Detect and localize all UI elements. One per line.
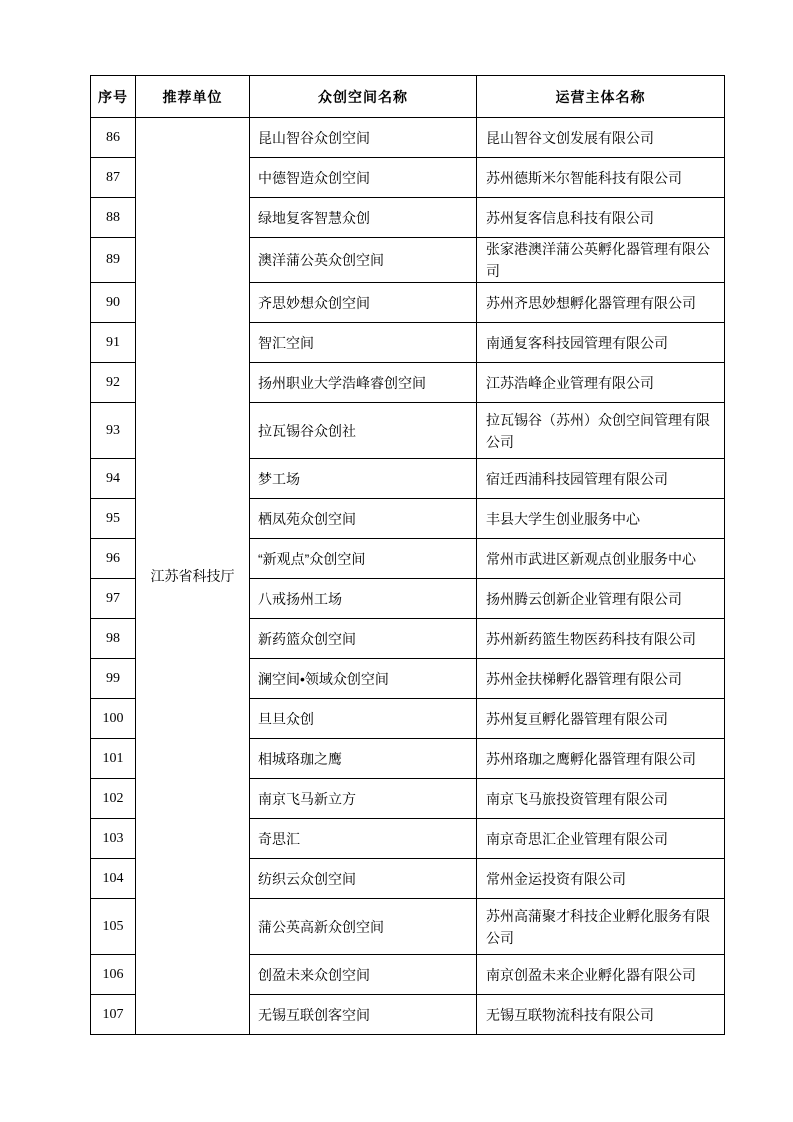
row-operator-name: 苏州珞珈之鹰孵化器管理有限公司 xyxy=(477,739,725,779)
row-makerspace-name: 旦旦众创 xyxy=(250,699,477,739)
row-serial-number: 102 xyxy=(91,779,136,819)
table-body: 86 江苏省科技厅昆山智谷众创空间 昆山智谷文创发展有限公司 87 中德智造众创… xyxy=(91,118,725,1035)
row-makerspace-name: 齐思妙想众创空间 xyxy=(250,283,477,323)
row-serial-number: 91 xyxy=(91,323,136,363)
row-makerspace-name: 相城珞珈之鹰 xyxy=(250,739,477,779)
row-operator-name: 苏州复客信息科技有限公司 xyxy=(477,198,725,238)
row-makerspace-name: 纺织云众创空间 xyxy=(250,859,477,899)
row-serial-number: 93 xyxy=(91,403,136,459)
row-makerspace-name: 中德智造众创空间 xyxy=(250,158,477,198)
row-operator-name: 苏州复亘孵化器管理有限公司 xyxy=(477,699,725,739)
row-makerspace-name: 扬州职业大学浩峰睿创空间 xyxy=(250,363,477,403)
header-serial-number: 序号 xyxy=(91,76,136,118)
row-serial-number: 96 xyxy=(91,539,136,579)
row-operator-name: 常州金运投资有限公司 xyxy=(477,859,725,899)
row-operator-name: 南京飞马旅投资管理有限公司 xyxy=(477,779,725,819)
row-serial-number: 99 xyxy=(91,659,136,699)
row-serial-number: 98 xyxy=(91,619,136,659)
row-operator-name: 丰县大学生创业服务中心 xyxy=(477,499,725,539)
row-makerspace-name: 绿地复客智慧众创 xyxy=(250,198,477,238)
row-serial-number: 97 xyxy=(91,579,136,619)
row-operator-name: 常州市武进区新观点创业服务中心 xyxy=(477,539,725,579)
row-makerspace-name: 梦工场 xyxy=(250,459,477,499)
row-makerspace-name: “新观点”众创空间 xyxy=(250,539,477,579)
header-operator-name: 运营主体名称 xyxy=(477,76,725,118)
row-serial-number: 94 xyxy=(91,459,136,499)
row-serial-number: 87 xyxy=(91,158,136,198)
row-operator-name: 南京创盈未来企业孵化器有限公司 xyxy=(477,955,725,995)
row-serial-number: 106 xyxy=(91,955,136,995)
row-operator-name: 苏州高蒲聚才科技企业孵化服务有限公司 xyxy=(477,899,725,955)
row-serial-number: 103 xyxy=(91,819,136,859)
row-operator-name: 南京奇思汇企业管理有限公司 xyxy=(477,819,725,859)
row-operator-name: 南通复客科技园管理有限公司 xyxy=(477,323,725,363)
makerspace-table: 序号 推荐单位 众创空间名称 运营主体名称 86 江苏省科技厅昆山智谷众创空间 … xyxy=(90,75,725,1035)
row-makerspace-name: 奇思汇 xyxy=(250,819,477,859)
header-makerspace-name: 众创空间名称 xyxy=(250,76,477,118)
row-makerspace-name: 八戒扬州工场 xyxy=(250,579,477,619)
row-makerspace-name: 智汇空间 xyxy=(250,323,477,363)
table-row: 86 江苏省科技厅昆山智谷众创空间 昆山智谷文创发展有限公司 xyxy=(91,118,725,158)
row-operator-name: 张家港澳洋蒲公英孵化器管理有限公司 xyxy=(477,238,725,283)
row-makerspace-name: 蒲公英高新众创空间 xyxy=(250,899,477,955)
row-serial-number: 100 xyxy=(91,699,136,739)
row-makerspace-name: 澜空间•领域众创空间 xyxy=(250,659,477,699)
header-row: 序号 推荐单位 众创空间名称 运营主体名称 xyxy=(91,76,725,118)
row-serial-number: 104 xyxy=(91,859,136,899)
row-operator-name: 苏州齐思妙想孵化器管理有限公司 xyxy=(477,283,725,323)
row-makerspace-name: 昆山智谷众创空间 xyxy=(250,118,477,158)
row-serial-number: 92 xyxy=(91,363,136,403)
row-operator-name: 苏州金扶梯孵化器管理有限公司 xyxy=(477,659,725,699)
row-makerspace-name: 无锡互联创客空间 xyxy=(250,995,477,1035)
header-recommending-unit: 推荐单位 xyxy=(136,76,250,118)
row-operator-name: 苏州新药篮生物医药科技有限公司 xyxy=(477,619,725,659)
row-operator-name: 昆山智谷文创发展有限公司 xyxy=(477,118,725,158)
row-serial-number: 105 xyxy=(91,899,136,955)
row-operator-name: 拉瓦锡谷（苏州）众创空间管理有限公司 xyxy=(477,403,725,459)
row-makerspace-name: 拉瓦锡谷众创社 xyxy=(250,403,477,459)
document-page: 序号 推荐单位 众创空间名称 运营主体名称 86 江苏省科技厅昆山智谷众创空间 … xyxy=(0,0,793,1122)
row-operator-name: 扬州腾云创新企业管理有限公司 xyxy=(477,579,725,619)
row-makerspace-name: 创盈未来众创空间 xyxy=(250,955,477,995)
row-makerspace-name: 南京飞马新立方 xyxy=(250,779,477,819)
row-serial-number: 86 xyxy=(91,118,136,158)
table-header: 序号 推荐单位 众创空间名称 运营主体名称 xyxy=(91,76,725,118)
recommending-unit-cell: 江苏省科技厅 xyxy=(136,118,250,1035)
row-serial-number: 101 xyxy=(91,739,136,779)
row-operator-name: 江苏浩峰企业管理有限公司 xyxy=(477,363,725,403)
row-serial-number: 90 xyxy=(91,283,136,323)
row-makerspace-name: 澳洋蒲公英众创空间 xyxy=(250,238,477,283)
row-makerspace-name: 栖凤苑众创空间 xyxy=(250,499,477,539)
row-operator-name: 苏州德斯米尔智能科技有限公司 xyxy=(477,158,725,198)
row-serial-number: 107 xyxy=(91,995,136,1035)
row-serial-number: 95 xyxy=(91,499,136,539)
row-operator-name: 宿迁西浦科技园管理有限公司 xyxy=(477,459,725,499)
row-operator-name: 无锡互联物流科技有限公司 xyxy=(477,995,725,1035)
row-serial-number: 89 xyxy=(91,238,136,283)
row-makerspace-name: 新药篮众创空间 xyxy=(250,619,477,659)
row-serial-number: 88 xyxy=(91,198,136,238)
